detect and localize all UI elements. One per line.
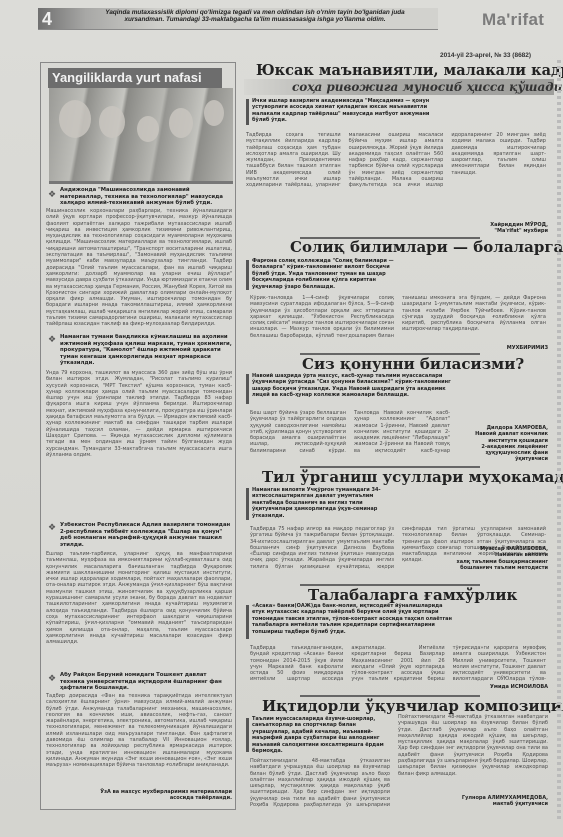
article-signature: Гулнора АЛИМУХАММЕДОВА, мактаб ўқитувчис… xyxy=(420,795,548,808)
flower-bullet-icon: ❖ xyxy=(48,524,56,533)
article-lead: Таълим муассасаларида ёзувчи-шоирлар, са… xyxy=(252,716,392,756)
news-body: Унда 79 корхона, ташкилот ва муассаса 36… xyxy=(46,370,232,518)
flower-bullet-icon: ❖ xyxy=(48,191,56,200)
lead-bar xyxy=(246,374,249,404)
article-signature: Хайриддин МЎРОД, "Ma'rifat" мухбири xyxy=(440,222,548,235)
article-subheadline: соҳа ривожига муносиб ҳисса қўшади xyxy=(292,80,562,94)
flower-bullet-icon: ❖ xyxy=(48,675,56,684)
article-lead: Фарғона солиқ коллежида "Солиқ билимлари… xyxy=(252,258,398,294)
article-headline: Солиқ билимлари — болаларга xyxy=(290,238,563,256)
newspaper-page: 4 Yaqinda mutaxassislik diplomi qo'limiz… xyxy=(0,0,563,837)
news-body: Ёшлар таълим-тарбияси, уларнинг ҳуқуқ ва… xyxy=(46,551,232,659)
article-headline: Тил ўрганиш усуллари муҳокамада xyxy=(262,468,563,486)
lead-bar xyxy=(246,260,249,290)
news-signature: ЎзА ва махсус мухбирларимиз материаллари… xyxy=(100,789,232,802)
news-lead: Абу Райҳон Беруний номидаги Тошкент давл… xyxy=(60,672,232,692)
article-signature: Дилдора ХАМРОЕВА, Навоий давлат кончилик… xyxy=(440,425,548,463)
article-signature: Умида ИСМОИЛОВА xyxy=(460,684,548,690)
article-signature: МУХБИРИМИЗ xyxy=(460,345,548,351)
news-photo-collage xyxy=(49,88,233,184)
article-body: Пойтахтимиздаги 48-мактабда ўтказилган н… xyxy=(250,758,390,808)
flower-bullet-icon: ❖ xyxy=(48,336,56,345)
news-body: Машинасозлик корхоналари раҳбарлари, тех… xyxy=(46,208,232,332)
author-title: ўқитувчиси xyxy=(440,456,548,462)
section-title: Yangiliklarda yurt nafasi xyxy=(48,68,222,88)
article-body: Беш шарт бўйича ўзаро беллашган ўқувчила… xyxy=(250,410,450,460)
lead-bar xyxy=(246,605,249,639)
header-quote: Yaqinda mutaxassislik diplomi qo'limizga… xyxy=(90,9,420,23)
article-lead: «Асака» банки(ОАЖ)да банк-молия, иқтисод… xyxy=(252,603,452,641)
article-body-continued: Пойтахтимиздаги 48-мактабда ўтказилган н… xyxy=(398,714,548,788)
author-title: "Ma'rifat" мухбири xyxy=(440,228,548,234)
article-lead: Ички ишлар вазирлиги академиясида "Мақса… xyxy=(252,98,448,126)
page-number: 4 xyxy=(42,9,52,30)
article-body: Тадбирда таъкидланганидек, бундай кредит… xyxy=(250,645,546,687)
article-signature: Муяссар ФАЙЗИБОЕВА, Наманган вилояти хал… xyxy=(420,546,548,571)
news-body: Тадбир доирасида «Фан ва техника тараққи… xyxy=(46,693,232,787)
article-lead: Навоий шаҳрида ўрта махсус, касб-ҳунар т… xyxy=(252,373,452,407)
news-lead: Наманган тумани бандликка кўмаклашиш ва … xyxy=(60,334,232,368)
lead-bar xyxy=(246,718,249,752)
author-title: бошланғич таълим методисти xyxy=(420,565,548,571)
article-headline: Сиз қонунни биласизми? xyxy=(302,355,524,373)
lead-bar xyxy=(246,99,249,125)
newspaper-title: Ma'rifat xyxy=(482,10,544,30)
lead-bar xyxy=(246,488,249,520)
author-title: мактаб ўқитувчиси xyxy=(420,801,548,807)
article-headline: Иқтидорли ўқувчилар композицияси xyxy=(262,697,563,715)
article-headline: Юксак маънавиятли, малакали кадрлар xyxy=(256,62,563,79)
news-lead: Ўзбекистон Республикаси Адлия вазирлиги … xyxy=(60,522,232,549)
article-lead: Наманган вилояти Учқўрғон туманидаги 34-… xyxy=(252,487,392,523)
page-edge xyxy=(557,60,561,820)
article-headline: Талабаларга ғамхўрлик xyxy=(308,586,517,604)
issue-date: 2014-yil 23-aprel, № 33 (8682) xyxy=(440,52,531,59)
article-body: Кўрик-танловда 1—4-синф ўқувчилари солиқ… xyxy=(250,295,546,345)
article-body: Тадбирда соҳага тегишли мустақиллик йилл… xyxy=(246,132,546,224)
news-lead: Андижонда "Машинасозликда замонавий мате… xyxy=(60,187,232,207)
